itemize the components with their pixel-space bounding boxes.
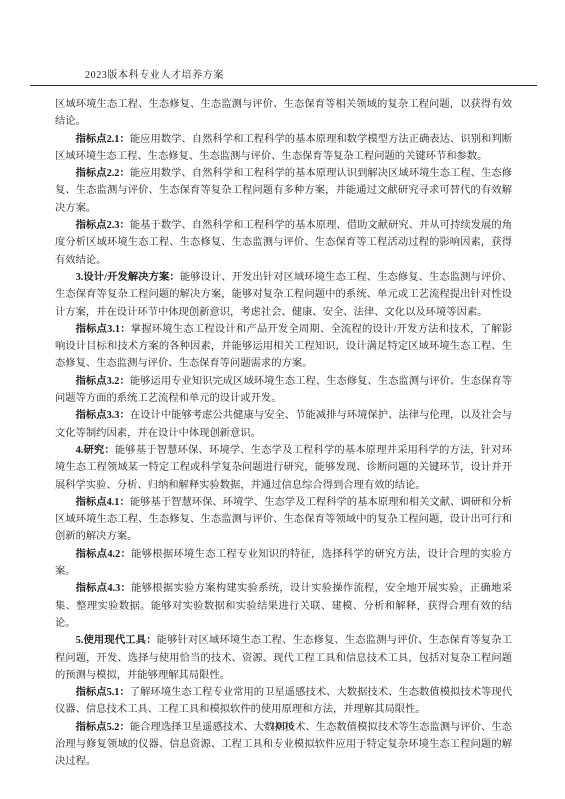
- paragraph-lead: 指标点3.3：: [76, 410, 130, 421]
- paragraph-text: 区域环境生态工程、生态修复、生态监测与评价、生态保育等相关领域的复杂工程问题，以…: [55, 99, 512, 127]
- paragraph-lead: 指标点3.1：: [76, 324, 131, 335]
- paragraph: 3.设计/开发解决方案：能够设计、开发出针对区域环境生态工程、生态修复、生态监测…: [55, 269, 512, 321]
- page-header-title: 2023版本科专业人才培养方案: [85, 66, 224, 81]
- paragraph-lead: 指标点2.1：: [76, 134, 130, 145]
- paragraph-lead: 指标点3.2：: [76, 376, 130, 387]
- paragraph: 区域环境生态工程、生态修复、生态监测与评价、生态保育等相关领域的复杂工程问题，以…: [55, 96, 512, 131]
- paragraph: 指标点2.1：能应用数学、自然科学和工程科学的基本原理和数学模型方法正确表达、识…: [55, 131, 512, 166]
- paragraph-lead: 指标点2.3：: [76, 220, 130, 231]
- paragraph-lead: 指标点4.1：: [76, 497, 130, 508]
- paragraph: 指标点4.3：能够根据实验方案构建实验系统，设计实验操作流程，安全地开展实验，正…: [55, 580, 512, 632]
- paragraph: 指标点2.3：能基于数学、自然科学和工程科学的基本原理、借助文献研究、并从可持续…: [55, 217, 512, 269]
- paragraph-lead: 5.使用现代工具：: [76, 635, 157, 646]
- document-page: 2023版本科专业人才培养方案 区域环境生态工程、生态修复、生态监测与评价、生态…: [0, 0, 565, 799]
- paragraph-lead: 指标点2.2：: [76, 168, 130, 179]
- paragraph-lead: 指标点4.3：: [76, 583, 132, 594]
- document-body: 区域环境生态工程、生态修复、生态监测与评价、生态保育等相关领域的复杂工程问题，以…: [55, 96, 512, 771]
- paragraph: 指标点3.3：在设计中能够考虑公共健康与安全、节能减排与环境保护、法律与伦理，以…: [55, 407, 512, 442]
- paragraph-lead: 指标点5.1：: [76, 687, 130, 698]
- paragraph-text: 能够基于智慧环保、环境学、生态学及工程科学的基本原理并采用科学的方法，针对环境生…: [55, 445, 512, 491]
- paragraph: 指标点3.1：掌握环境生态工程设计和产品开发全周期、全流程的设计/开发方法和技术…: [55, 321, 512, 373]
- paragraph: 5.使用现代工具：能够针对区域环境生态工程、生态修复、生态监测与评价、生态保育等…: [55, 632, 512, 684]
- header-rule: [30, 85, 537, 86]
- paragraph: 指标点2.2：能应用数学、自然科学和工程科学的基本原理认识到解决区域环境生态工程…: [55, 165, 512, 217]
- paragraph-lead: 指标点4.2：: [76, 549, 132, 560]
- paragraph: 指标点5.1：了解环境生态工程专业常用的卫星遥感技术、大数据技术、生态数值模拟技…: [55, 684, 512, 719]
- paragraph: 4.研究：能够基于智慧环保、环境学、生态学及工程科学的基本原理并采用科学的方法，…: [55, 442, 512, 494]
- paragraph-lead: 4.研究：: [76, 445, 115, 456]
- paragraph: 指标点4.1：能够基于智慧环保、环境学、生态学及工程科学的基本原理和相关文献、调…: [55, 494, 512, 546]
- paragraph: 指标点4.2：能够根据环境生态工程专业知识的特征，选择科学的研究方法，设计合理的…: [55, 546, 512, 581]
- paragraph: 指标点3.2：能够运用专业知识完成区域环境生态工程、生态修复、生态监测与评价、生…: [55, 373, 512, 408]
- page-number: · 1006 ·: [0, 721, 565, 732]
- paragraph-lead: 3.设计/开发解决方案：: [76, 272, 180, 283]
